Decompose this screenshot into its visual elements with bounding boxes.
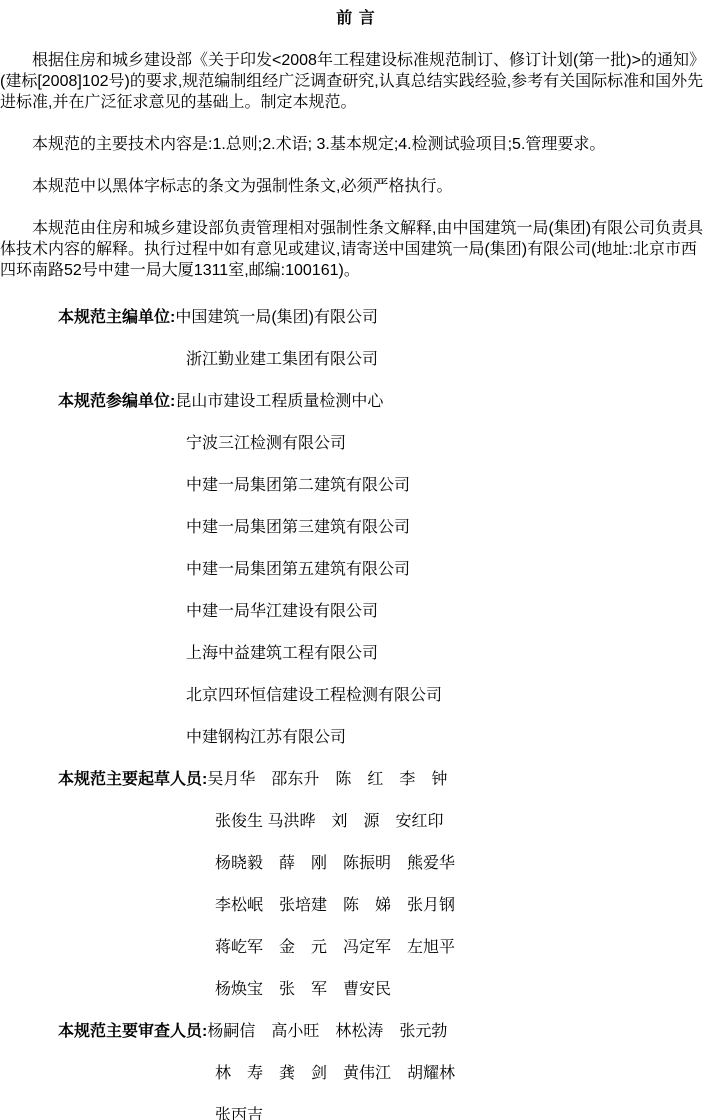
section-item-row: 浙江勤业建工集团有限公司 <box>0 349 712 370</box>
section-item: 宁波三江检测有限公司 <box>186 435 346 452</box>
section-item: 中建钢构江苏有限公司 <box>186 729 346 746</box>
section-item-row: 张俊生 马洪晔 刘 源 安红印 <box>0 811 712 832</box>
section-item-row: 上海中益建筑工程有限公司 <box>0 643 712 664</box>
section-item-row: 北京四环恒信建设工程检测有限公司 <box>0 685 712 706</box>
section-item-row: 杨焕宝 张 军 曹安民 <box>0 979 712 1000</box>
section-label: 本规范主编单位: <box>58 309 175 326</box>
section-label: 本规范参编单位: <box>58 393 175 410</box>
paragraph: 本规范的主要技术内容是:1.总则;2.术语; 3.基本规定;4.检测试验项目;5… <box>0 134 712 155</box>
section-item-row: 中建一局集团第二建筑有限公司 <box>0 475 712 496</box>
section-item-row: 宁波三江检测有限公司 <box>0 433 712 454</box>
sections: 本规范主编单位:中国建筑一局(集团)有限公司浙江勤业建工集团有限公司本规范参编单… <box>0 307 712 1120</box>
paragraph: 本规范由住房和城乡建设部负责管理相对强制性条文解释,由中国建筑一局(集团)有限公… <box>0 218 712 281</box>
section-item: 林 寿 龚 剑 黄伟江 胡耀林 <box>215 1065 455 1082</box>
section-item: 杨晓毅 薛 刚 陈振明 熊爱华 <box>215 855 455 872</box>
section-item-row: 蒋屹军 金 元 冯定军 左旭平 <box>0 937 712 958</box>
page-title: 前 言 <box>0 8 712 29</box>
section-item: 北京四环恒信建设工程检测有限公司 <box>186 687 442 704</box>
section-item: 中建一局集团第五建筑有限公司 <box>186 561 410 578</box>
section-item: 李松岷 张培建 陈 娣 张月钢 <box>215 897 455 914</box>
section-label-row: 本规范主要审查人员:杨嗣信 高小旺 林松涛 张元勃 <box>0 1021 712 1042</box>
section-item: 蒋屹军 金 元 冯定军 左旭平 <box>215 939 455 956</box>
paragraph: 根据住房和城乡建设部《关于印发<2008年工程建设标准规范制订、修订计划(第一批… <box>0 50 712 113</box>
section-item: 中建一局集团第三建筑有限公司 <box>186 519 410 536</box>
section-item: 张丙吉 <box>215 1107 263 1120</box>
section-item: 中国建筑一局(集团)有限公司 <box>175 309 378 326</box>
preamble-paragraphs: 根据住房和城乡建设部《关于印发<2008年工程建设标准规范制订、修订计划(第一批… <box>0 50 712 281</box>
section-item: 张俊生 马洪晔 刘 源 安红印 <box>215 813 443 830</box>
section-item: 吴月华 邵东升 陈 红 李 钟 <box>207 771 447 788</box>
section-item: 昆山市建设工程质量检测中心 <box>175 393 383 410</box>
section-item: 杨焕宝 张 军 曹安民 <box>215 981 391 998</box>
section-item: 上海中益建筑工程有限公司 <box>186 645 378 662</box>
section-label-row: 本规范主编单位:中国建筑一局(集团)有限公司 <box>0 307 712 328</box>
section-item-row: 中建一局集团第三建筑有限公司 <box>0 517 712 538</box>
section-item: 中建一局集团第二建筑有限公司 <box>186 477 410 494</box>
section-item-row: 张丙吉 <box>0 1105 712 1120</box>
section-item-row: 中建一局华江建设有限公司 <box>0 601 712 622</box>
section-item: 中建一局华江建设有限公司 <box>186 603 378 620</box>
section-label-row: 本规范主要起草人员:吴月华 邵东升 陈 红 李 钟 <box>0 769 712 790</box>
section-item: 杨嗣信 高小旺 林松涛 张元勃 <box>207 1023 447 1040</box>
section-item-row: 李松岷 张培建 陈 娣 张月钢 <box>0 895 712 916</box>
section-label: 本规范主要审查人员: <box>58 1023 207 1040</box>
section-label: 本规范主要起草人员: <box>58 771 207 788</box>
paragraph: 本规范中以黑体字标志的条文为强制性条文,必须严格执行。 <box>0 176 712 197</box>
section-item-row: 杨晓毅 薛 刚 陈振明 熊爱华 <box>0 853 712 874</box>
section-item: 浙江勤业建工集团有限公司 <box>186 351 378 368</box>
section-label-row: 本规范参编单位:昆山市建设工程质量检测中心 <box>0 391 712 412</box>
section-item-row: 中建一局集团第五建筑有限公司 <box>0 559 712 580</box>
section-item-row: 中建钢构江苏有限公司 <box>0 727 712 748</box>
section-item-row: 林 寿 龚 剑 黄伟江 胡耀林 <box>0 1063 712 1084</box>
